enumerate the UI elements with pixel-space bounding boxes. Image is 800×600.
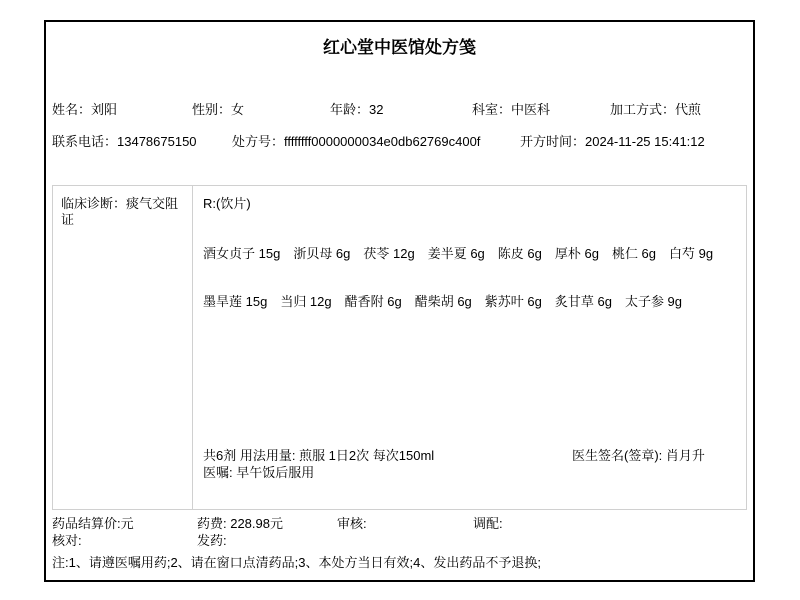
medicine-item: 炙甘草 6g: [555, 294, 612, 309]
medicine-item: 桃仁 6g: [612, 246, 656, 261]
department: 科室：中医科: [472, 102, 550, 118]
medicine-item: 醋柴胡 6g: [415, 294, 472, 309]
rx-box: 临床诊断：痰气交阻证 R:(饮片) 酒女贞子 15g浙贝母 6g茯苓 12g姜半…: [52, 185, 747, 510]
diagnosis: 临床诊断：痰气交阻证: [61, 196, 188, 228]
medicine-item: 酒女贞子 15g: [203, 246, 280, 261]
dispense-prep-field: 调配:: [473, 516, 503, 532]
page-title: 红心堂中医馆处方笺: [46, 38, 753, 58]
medicine-item: 墨旱莲 15g: [203, 294, 267, 309]
prescription-time: 开方时间：2024-11-25 15:41:12: [520, 134, 705, 150]
medicine-item: 醋香附 6g: [345, 294, 402, 309]
prescription-page: 红心堂中医馆处方笺 姓名：刘阳 性别：女 年龄：32 科室：中医科 加工方式：代…: [0, 0, 800, 600]
processing-method: 加工方式：代煎: [610, 102, 701, 118]
medicine-item: 白芍 9g: [669, 246, 713, 261]
patient-gender: 性别：女: [192, 102, 244, 118]
column-divider: [192, 186, 193, 509]
prescription-sheet: 红心堂中医馆处方笺 姓名：刘阳 性别：女 年龄：32 科室：中医科 加工方式：代…: [44, 20, 755, 582]
medicine-item: 陈皮 6g: [498, 246, 542, 261]
medicine-item: 太子参 9g: [625, 294, 682, 309]
medicine-item: 厚朴 6g: [555, 246, 599, 261]
medicine-item: 紫苏叶 6g: [485, 294, 542, 309]
check-field: 核对:: [52, 533, 82, 549]
medicine-item: 茯苓 12g: [363, 246, 414, 261]
medicine-fee: 药费: 228.98元: [197, 516, 283, 532]
medicine-line: 酒女贞子 15g浙贝母 6g茯苓 12g姜半夏 6g陈皮 6g厚朴 6g桃仁 6…: [203, 246, 726, 262]
patient-name: 姓名：刘阳: [52, 102, 117, 118]
prescription-number: 处方号：ffffffff0000000034e0db62769c400f: [232, 134, 480, 150]
footer-note: 注:1、请遵医嘱用药;2、请在窗口点清药品;3、本处方当日有效;4、发出药品不予…: [52, 555, 541, 571]
review-field: 审核:: [337, 516, 367, 532]
dosage-block: 共6剂 用法用量: 煎服 1日2次 每次150ml 医嘱: 早午饭后服用: [203, 447, 434, 481]
medicine-item: 当归 12g: [280, 294, 331, 309]
medicine-line: 墨旱莲 15g当归 12g醋香附 6g醋柴胡 6g紫苏叶 6g炙甘草 6g太子参…: [203, 294, 695, 310]
dispense-field: 发药:: [197, 533, 227, 549]
medicine-item: 姜半夏 6g: [428, 246, 485, 261]
doctor-advice: 医嘱: 早午饭后服用: [203, 464, 434, 481]
settlement-price: 药品结算价:元: [52, 516, 134, 532]
dosage-info: 共6剂 用法用量: 煎服 1日2次 每次150ml: [203, 447, 434, 464]
doctor-signature: 医生签名(签章): 肖月升: [572, 447, 708, 464]
rx-header: R:(饮片): [203, 196, 251, 212]
contact-phone: 联系电话：13478675150: [52, 134, 197, 150]
patient-age: 年龄：32: [330, 102, 383, 118]
medicine-item: 浙贝母 6g: [293, 246, 350, 261]
